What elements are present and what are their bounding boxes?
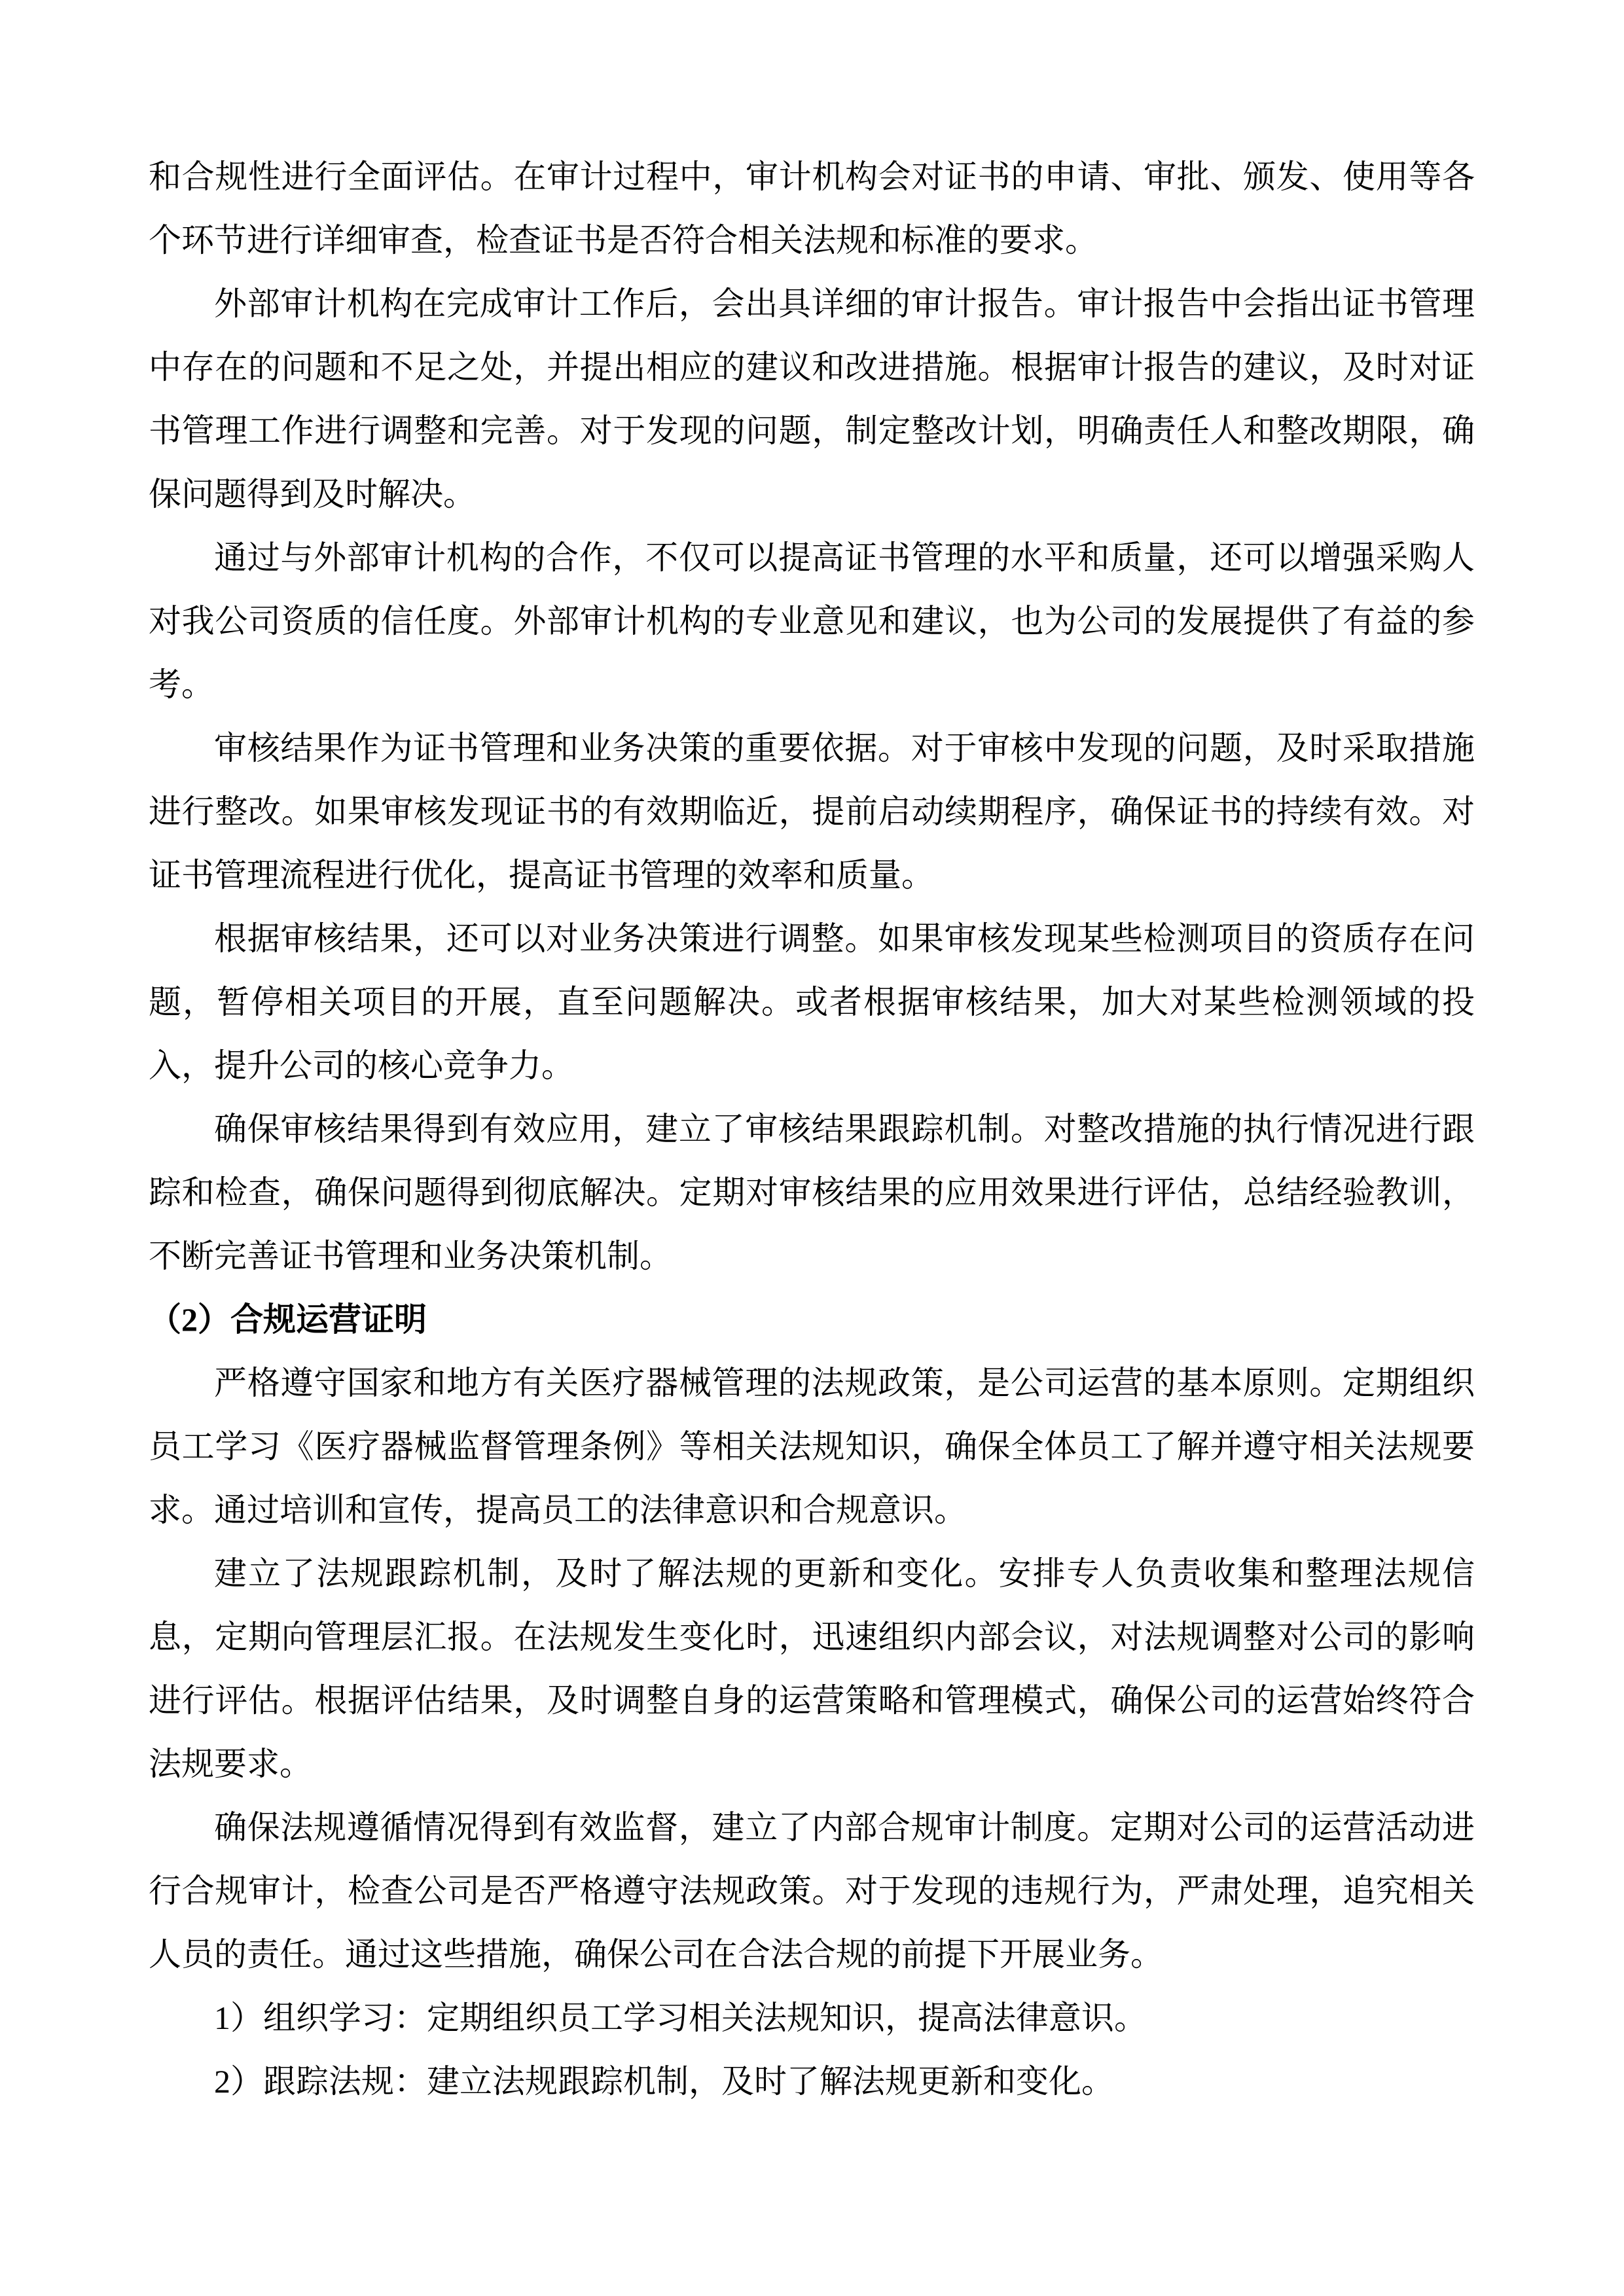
paragraph: 根据审核结果，还可以对业务决策进行调整。如果审核发现某些检测项目的资质存在问题，… <box>149 907 1475 1098</box>
list-item: 1）组织学习：定期组织员工学习相关法规知识，提高法律意识。 <box>149 1986 1475 2050</box>
section-heading: （2）合规运营证明 <box>149 1288 1475 1352</box>
paragraph: 建立了法规跟踪机制，及时了解法规的更新和变化。安排专人负责收集和整理法规信息，定… <box>149 1542 1475 1796</box>
document-page: 和合规性进行全面评估。在审计过程中，审计机构会对证书的申请、审批、颁发、使用等各… <box>0 0 1624 2296</box>
paragraph: 审核结果作为证书管理和业务决策的重要依据。对于审核中发现的问题，及时采取措施进行… <box>149 717 1475 907</box>
paragraph: 通过与外部审计机构的合作，不仅可以提高证书管理的水平和质量，还可以增强采购人对我… <box>149 526 1475 717</box>
paragraph-continuation: 和合规性进行全面评估。在审计过程中，审计机构会对证书的申请、审批、颁发、使用等各… <box>149 145 1475 272</box>
paragraph: 严格遵守国家和地方有关医疗器械管理的法规政策，是公司运营的基本原则。定期组织员工… <box>149 1352 1475 1542</box>
document-body: 和合规性进行全面评估。在审计过程中，审计机构会对证书的申请、审批、颁发、使用等各… <box>149 145 1475 2113</box>
paragraph: 确保法规遵循情况得到有效监督，建立了内部合规审计制度。定期对公司的运营活动进行合… <box>149 1796 1475 1986</box>
paragraph: 外部审计机构在完成审计工作后，会出具详细的审计报告。审计报告中会指出证书管理中存… <box>149 272 1475 526</box>
paragraph: 确保审核结果得到有效应用，建立了审核结果跟踪机制。对整改措施的执行情况进行跟踪和… <box>149 1098 1475 1288</box>
list-item: 2）跟踪法规：建立法规跟踪机制，及时了解法规更新和变化。 <box>149 2050 1475 2113</box>
